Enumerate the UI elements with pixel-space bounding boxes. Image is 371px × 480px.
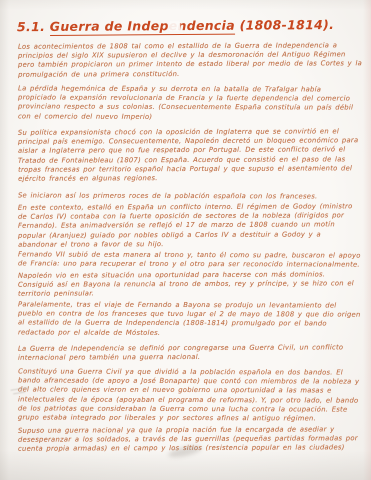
title-dates: (1808-1814).: [235, 17, 334, 33]
paragraph-definicion-guerra: La Guerra de Independencia se definió po…: [18, 343, 362, 363]
title-underlined-text: Guerra de Independencia: [50, 18, 235, 36]
paragraph-guerra-civil-bandos: Constituyó una Guerra Civil ya que divid…: [18, 368, 362, 424]
paragraph-fernando-vii: Fernando VII subió de esta manera al tro…: [18, 250, 362, 270]
page-title: 5.1. Guerra de Independencia (1808-1814)…: [17, 17, 361, 34]
paragraph-bayona: Napoleón vio en esta situación una oport…: [18, 271, 362, 300]
paragraph-trafalgar: La pérdida hegemónica de España y su der…: [18, 84, 362, 122]
paragraph-fontainebleau: Su política expansionista chocó con la o…: [18, 127, 362, 184]
pencil-scribble-line: [13, 392, 25, 395]
scanned-notes-page: 5.1. Guerra de Independencia (1808-1814)…: [0, 0, 371, 480]
paragraph-intro: Los acontecimientos de 1808 tal como el …: [18, 41, 362, 79]
paragraph-primeros-roces: Se iniciaron así los primeros roces de l…: [18, 191, 362, 201]
section-number: 5.1.: [17, 19, 45, 34]
paragraph-dos-de-mayo: Paralelamente, tras el viaje de Fernando…: [18, 300, 362, 338]
notes-body: Los acontecimientos de 1808 tal como el …: [18, 42, 362, 458]
pencil-scribble-line: [11, 387, 29, 391]
paragraph-motin-aranjuez: En este contexto, estalló en España un c…: [18, 202, 362, 250]
correction-fluid-patch: [169, 21, 180, 31]
